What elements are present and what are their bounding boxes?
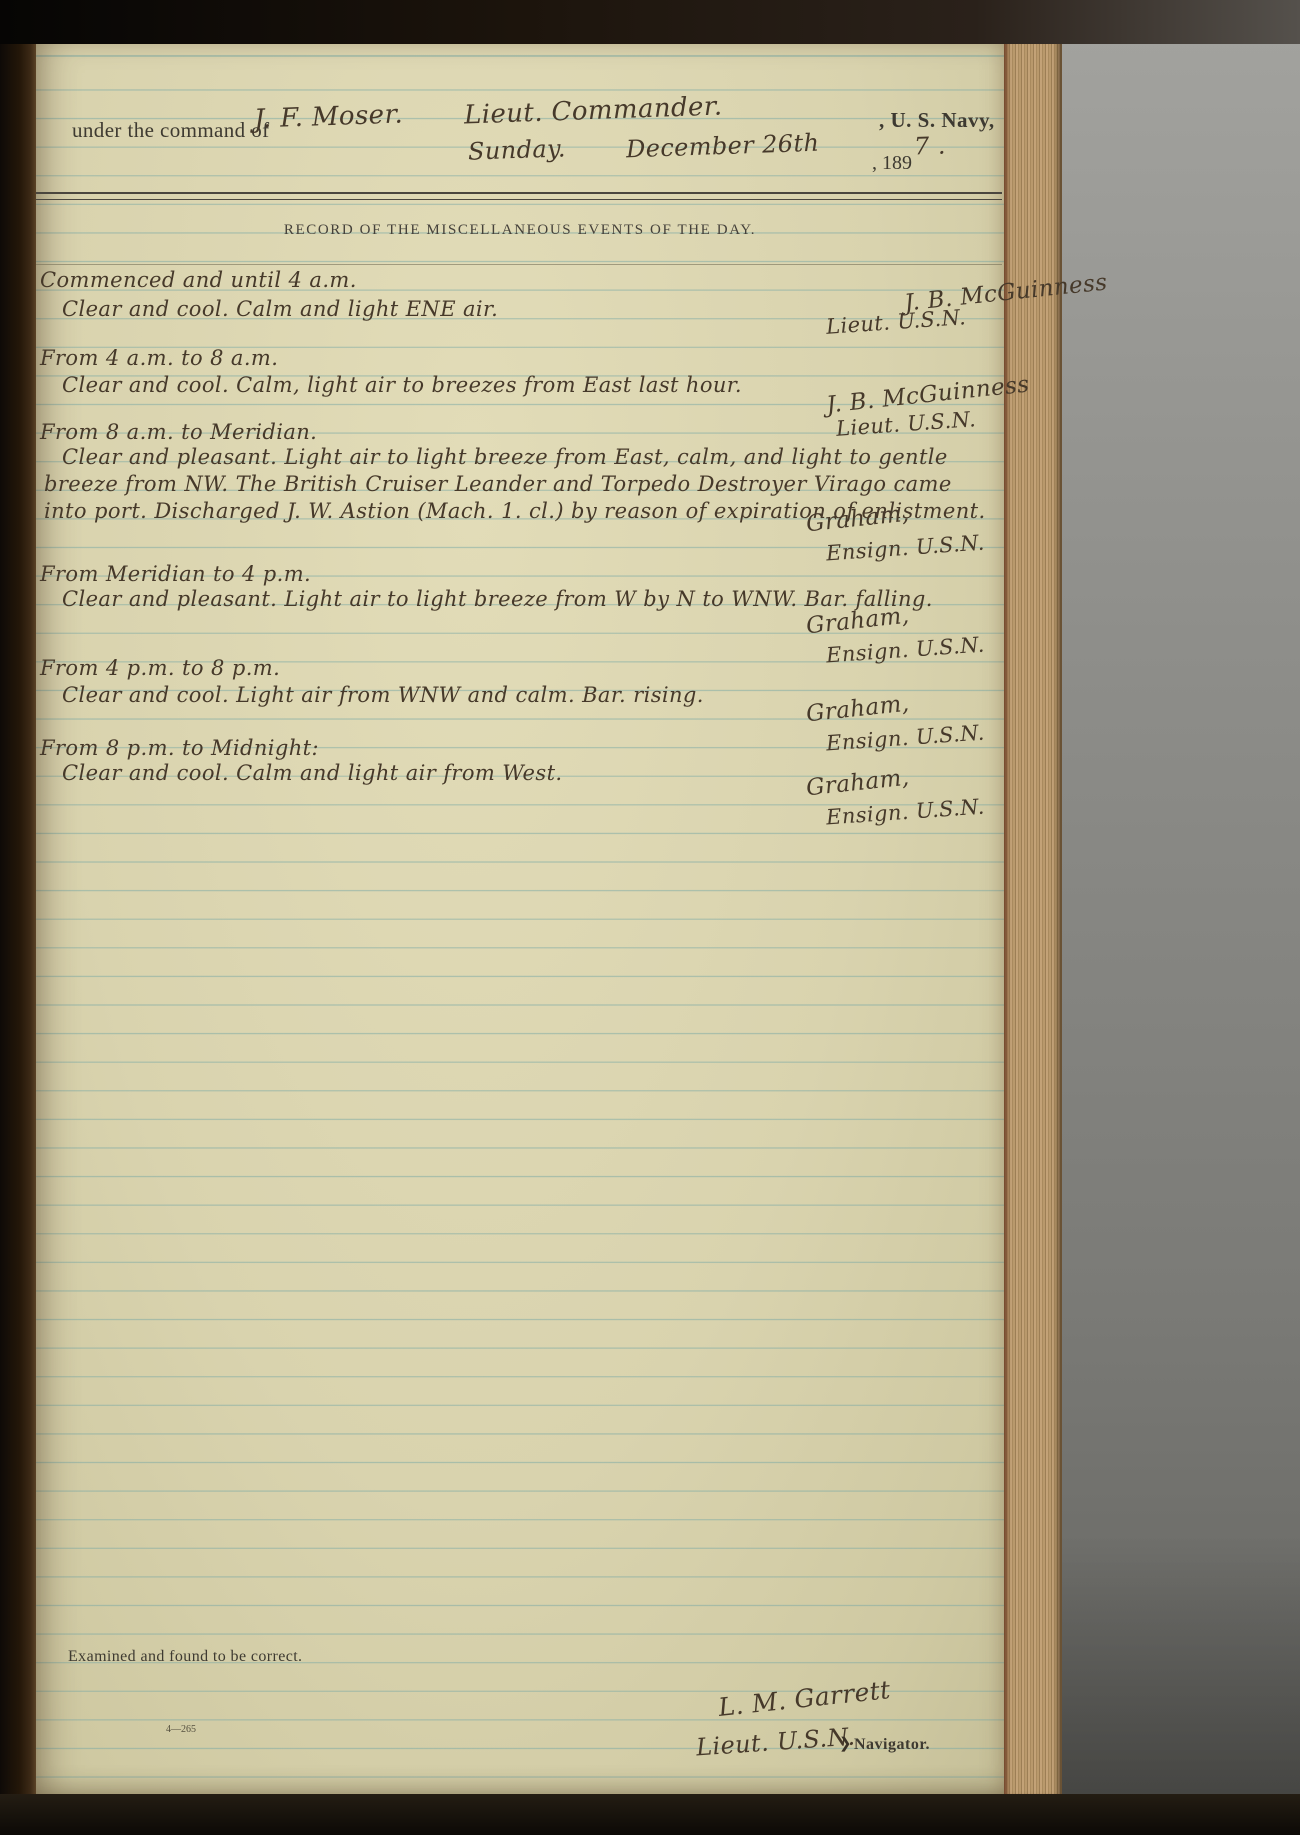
examined-printed-line: Examined and found to be correct. <box>68 1648 302 1666</box>
printed-command-prefix: under the command of <box>72 118 270 143</box>
entry-body: Clear and cool. Calm, light air to breez… <box>62 372 742 399</box>
entry-signature-rank: Ensign. U.S.N. <box>825 530 985 565</box>
entry-body: Clear and cool. Calm and light air from … <box>62 760 562 787</box>
book-binding <box>0 0 36 1835</box>
logbook-photo: under the command of J. F. Moser. Lieut.… <box>0 0 1300 1835</box>
commander-name-handwriting: J. F. Moser. <box>254 99 404 134</box>
entry-signature-rank: Ensign. U.S.N. <box>825 632 985 667</box>
entry-body: Clear and cool. Calm and light ENE air. <box>62 296 498 323</box>
page-caption: RECORD OF THE MISCELLANEOUS EVENTS OF TH… <box>36 222 1004 239</box>
date-handwriting: December 26th <box>626 129 820 164</box>
navigator-printed-label: Navigator. <box>854 1736 930 1754</box>
caption-rule <box>36 264 1002 265</box>
printed-year: , 189 <box>872 152 912 175</box>
entry-body: Clear and cool. Light air from WNW and c… <box>62 682 704 709</box>
entry-signature-name: Graham, <box>805 691 911 728</box>
photo-top-shadow <box>0 0 1300 44</box>
logbook-page: under the command of J. F. Moser. Lieut.… <box>36 44 1004 1794</box>
header-double-rule <box>36 192 1002 200</box>
navigator-signature-rank: Lieut. U.S.N. <box>695 1722 856 1761</box>
entry-signature-name: Graham, <box>805 765 911 802</box>
entry-heading: From 8 p.m. to Midnight: <box>40 736 319 760</box>
printed-us-navy: , U. S. Navy, <box>879 108 995 133</box>
entry-heading: From 4 p.m. to 8 p.m. <box>40 656 280 680</box>
entry-body: Clear and pleasant. Light air to light b… <box>44 586 974 613</box>
entry-signature-rank: Ensign. U.S.N. <box>825 720 985 755</box>
day-handwriting: Sunday. <box>468 134 567 165</box>
entry-heading: Commenced and until 4 a.m. <box>40 268 357 292</box>
year-digit-handwriting: 7 . <box>914 131 947 160</box>
entry-heading: From Meridian to 4 p.m. <box>40 562 311 586</box>
entry-heading: From 4 a.m. to 8 a.m. <box>40 346 278 370</box>
commander-rank-handwriting: Lieut. Commander. <box>464 91 723 130</box>
entry-heading: From 8 a.m. to Meridian. <box>40 420 317 444</box>
photo-bottom-shadow <box>0 1794 1300 1835</box>
entry-signature-rank: Ensign. U.S.N. <box>825 794 985 829</box>
navigator-signature-name: L. M. Garrett <box>717 1675 892 1722</box>
form-number: 4—265 <box>166 1724 196 1735</box>
entry-signature-rank: Lieut. U.S.N. <box>825 305 966 339</box>
backing-shadow <box>1058 1535 1300 1835</box>
navigator-caret-mark: ❯ <box>839 1734 852 1753</box>
